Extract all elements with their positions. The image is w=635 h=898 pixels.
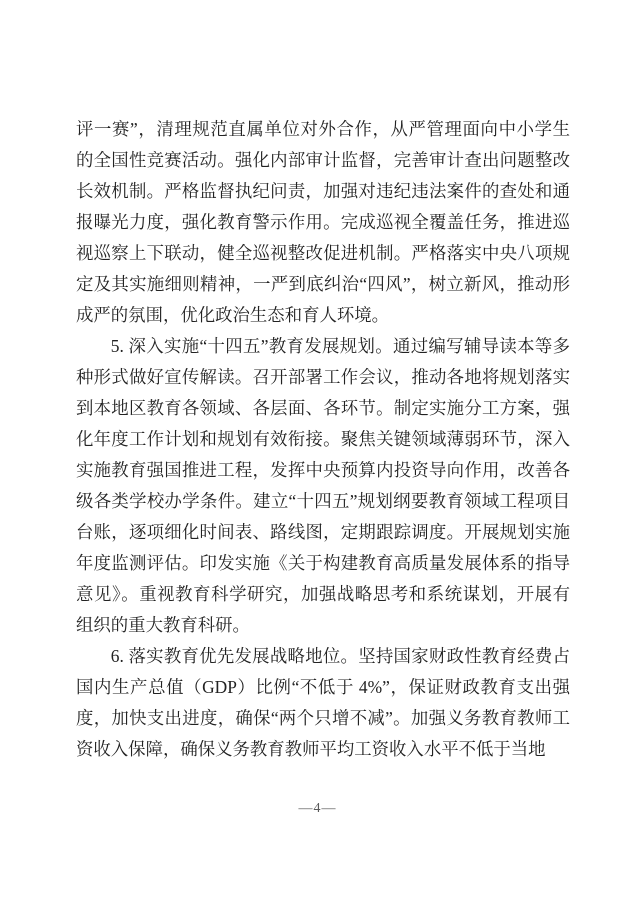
body-paragraph-continuation: 评一赛”，清理规范直属单位对外合作，从严管理面向中小学生的全国性竞赛活动。强化内…: [76, 114, 570, 331]
page-footer: —4—: [0, 799, 635, 819]
body-paragraph-item-6: 6. 落实教育优先发展战略地位。坚持国家财政性教育经费占国内生产总值（GDP）比…: [76, 641, 570, 765]
page-number: —4—: [299, 801, 337, 816]
body-paragraph-item-5: 5. 深入实施“十四五”教育发展规划。通过编写辅导读本等多种形式做好宣传解读。召…: [76, 331, 570, 641]
document-body: 评一赛”，清理规范直属单位对外合作，从严管理面向中小学生的全国性竞赛活动。强化内…: [76, 114, 570, 765]
document-page: 评一赛”，清理规范直属单位对外合作，从严管理面向中小学生的全国性竞赛活动。强化内…: [0, 0, 635, 898]
